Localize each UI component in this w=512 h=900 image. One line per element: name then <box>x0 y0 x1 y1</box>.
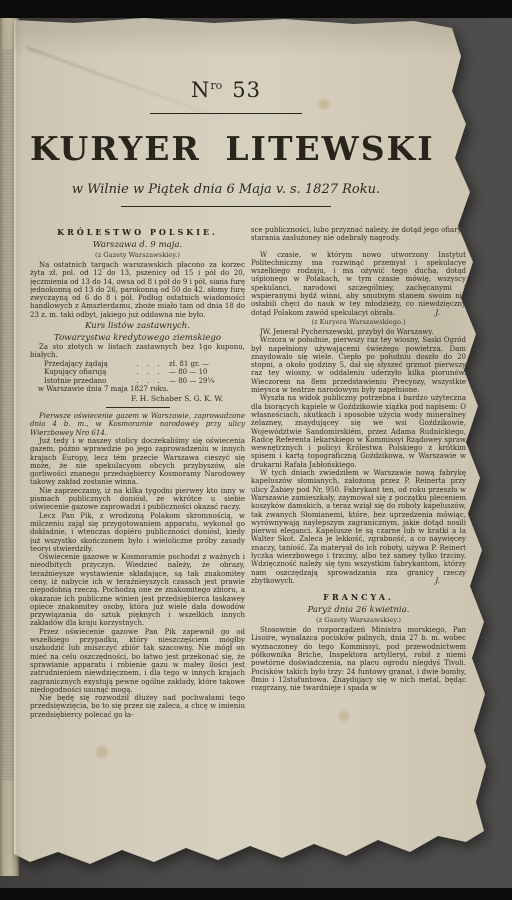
issue-number: Nro53 <box>30 78 422 102</box>
kurs-row-sellers: Przedający żądają . . . zł. 81 gr. — <box>30 360 245 369</box>
gas-paragraph-2: Nie zaprzeczamy, iż na kilka tygodni pie… <box>30 487 245 512</box>
issue-superscript: ro <box>210 79 222 92</box>
masthead-rule-top <box>150 113 302 114</box>
warsaw-dateline: Warszawa d. 9 maja. <box>30 240 245 250</box>
book-announcement-paragraph: Wyszła na widok publiczny potrzebna i ba… <box>251 394 466 469</box>
market-report-paragraph: Na ostatnich targach warszawskich płacon… <box>30 261 245 319</box>
kurs-row-label: Kupujący ofiarują <box>44 368 130 377</box>
page-content: Nro53 KURYER LITEWSKI w Wilnie w Piątek … <box>14 16 466 794</box>
kurs-row-dots: . . . <box>130 368 169 377</box>
masthead: Nro53 KURYER LITEWSKI w Wilnie w Piątek … <box>30 78 422 207</box>
warsaw-source-note: (z Gazety Warszawskiey.) <box>30 251 245 259</box>
page-wrapper: Nro53 KURYER LITEWSKI w Wilnie w Piątek … <box>14 16 492 888</box>
continuation-paragraph: sce publiczności, lubo przyznać należy, … <box>251 226 466 243</box>
kurs-title: Kurs listów zastawnych. <box>30 321 245 331</box>
section-heading-france: FRANCYA. <box>251 592 466 602</box>
kurs-row-buyers: Kupujący ofiarują . . . — 80 — 10 <box>30 368 245 377</box>
bottom-black-bar <box>0 888 512 900</box>
kurs-row-value: — 80 — 10 <box>169 368 245 377</box>
kurs-row-dots: . . . <box>130 377 169 386</box>
section-heading-kingdom-of-poland: KRÓLESTWO POLSKIE. <box>30 227 245 237</box>
paris-dateline: Paryż dnia 26 kwietnia. <box>251 605 466 615</box>
kurs-row-label: Istotnie przedano <box>44 377 130 386</box>
gas-notice-heading: Pierwsze oświecenie gazem w Warszawie, z… <box>30 412 245 437</box>
gas-paragraph-4: Oświecenie gazowe w Kosmoramie pochodzi … <box>30 553 245 628</box>
spring-paragraph: Wczora w południe, pierwszy raz tey wios… <box>251 336 466 394</box>
kurs-row-value: — 80 — 29¼ <box>169 377 245 386</box>
left-column: KRÓLESTWO POLSKIE. Warszawa d. 9 maja. (… <box>30 226 245 794</box>
kurs-row-value: zł. 81 gr. — <box>169 360 245 369</box>
straw-hats-paragraph: W tych dniach zwiedziłem w Warszawie now… <box>251 469 466 585</box>
right-column: sce publiczności, lubo przyznać należy, … <box>251 226 466 794</box>
gas-paragraph-1: Już tedy i w naszey stolicy doczekaliśmy… <box>30 437 245 487</box>
top-black-bar <box>0 0 512 18</box>
scan-viewport: Nro53 KURYER LITEWSKI w Wilnie w Piątek … <box>0 0 512 900</box>
kurs-subtitle: Towarzystwa kredytowego ziemskiego <box>30 333 245 343</box>
kurs-row-label: Przedający żądają <box>44 360 130 369</box>
issue-prefix: N <box>191 78 210 102</box>
paris-source-note: (z Gazety Warszawskiey.) <box>251 616 466 624</box>
gas-paragraph-3: Lecz Pan Pik, z wrodzoną Polakom skromno… <box>30 512 245 553</box>
kurs-note: Za sto złotych w listach zastawnych bez … <box>30 343 245 360</box>
general-arrival-line: JW. Jenerał Pycherszewski, przybył do Wa… <box>251 328 466 336</box>
gas-paragraph-5: Przez oświecenie gazowe Pan Pik zapewnił… <box>30 628 245 694</box>
paris-paragraph: Stosownie do rozporządzeń Ministra morsk… <box>251 626 466 692</box>
newspaper-title: KURYER LITEWSKI <box>30 129 422 168</box>
article-columns: KRÓLESTWO POLSKIE. Warszawa d. 9 maja. (… <box>30 226 466 794</box>
kurs-place-line: w Warszawie dnia 7 maja 1827 roku. <box>30 385 245 394</box>
kurs-row-dots: . . . <box>130 360 169 369</box>
section-divider-rule <box>106 407 170 408</box>
institute-paragraph: W czasie, w którym nowo utworzony Instyt… <box>251 251 466 317</box>
gas-paragraph-6: Nie będę się rozwodził dłużey nad pochwa… <box>30 694 245 719</box>
kurs-signature: F. H. Schaber S. G. K. W. <box>30 394 245 403</box>
kurs-row-sold: Istotnie przedano . . . — 80 — 29¼ <box>30 377 245 386</box>
newspaper-page: Nro53 KURYER LITEWSKI w Wilnie w Piątek … <box>14 16 492 888</box>
masthead-rule-bottom <box>121 206 331 207</box>
issue-value: 53 <box>232 78 261 102</box>
kuryer-source-note: (z Kuryera Warszawskiego.) <box>251 318 466 326</box>
masthead-dateline: w Wilnie w Piątek dnia 6 Maja v. s. 1827… <box>30 182 422 197</box>
